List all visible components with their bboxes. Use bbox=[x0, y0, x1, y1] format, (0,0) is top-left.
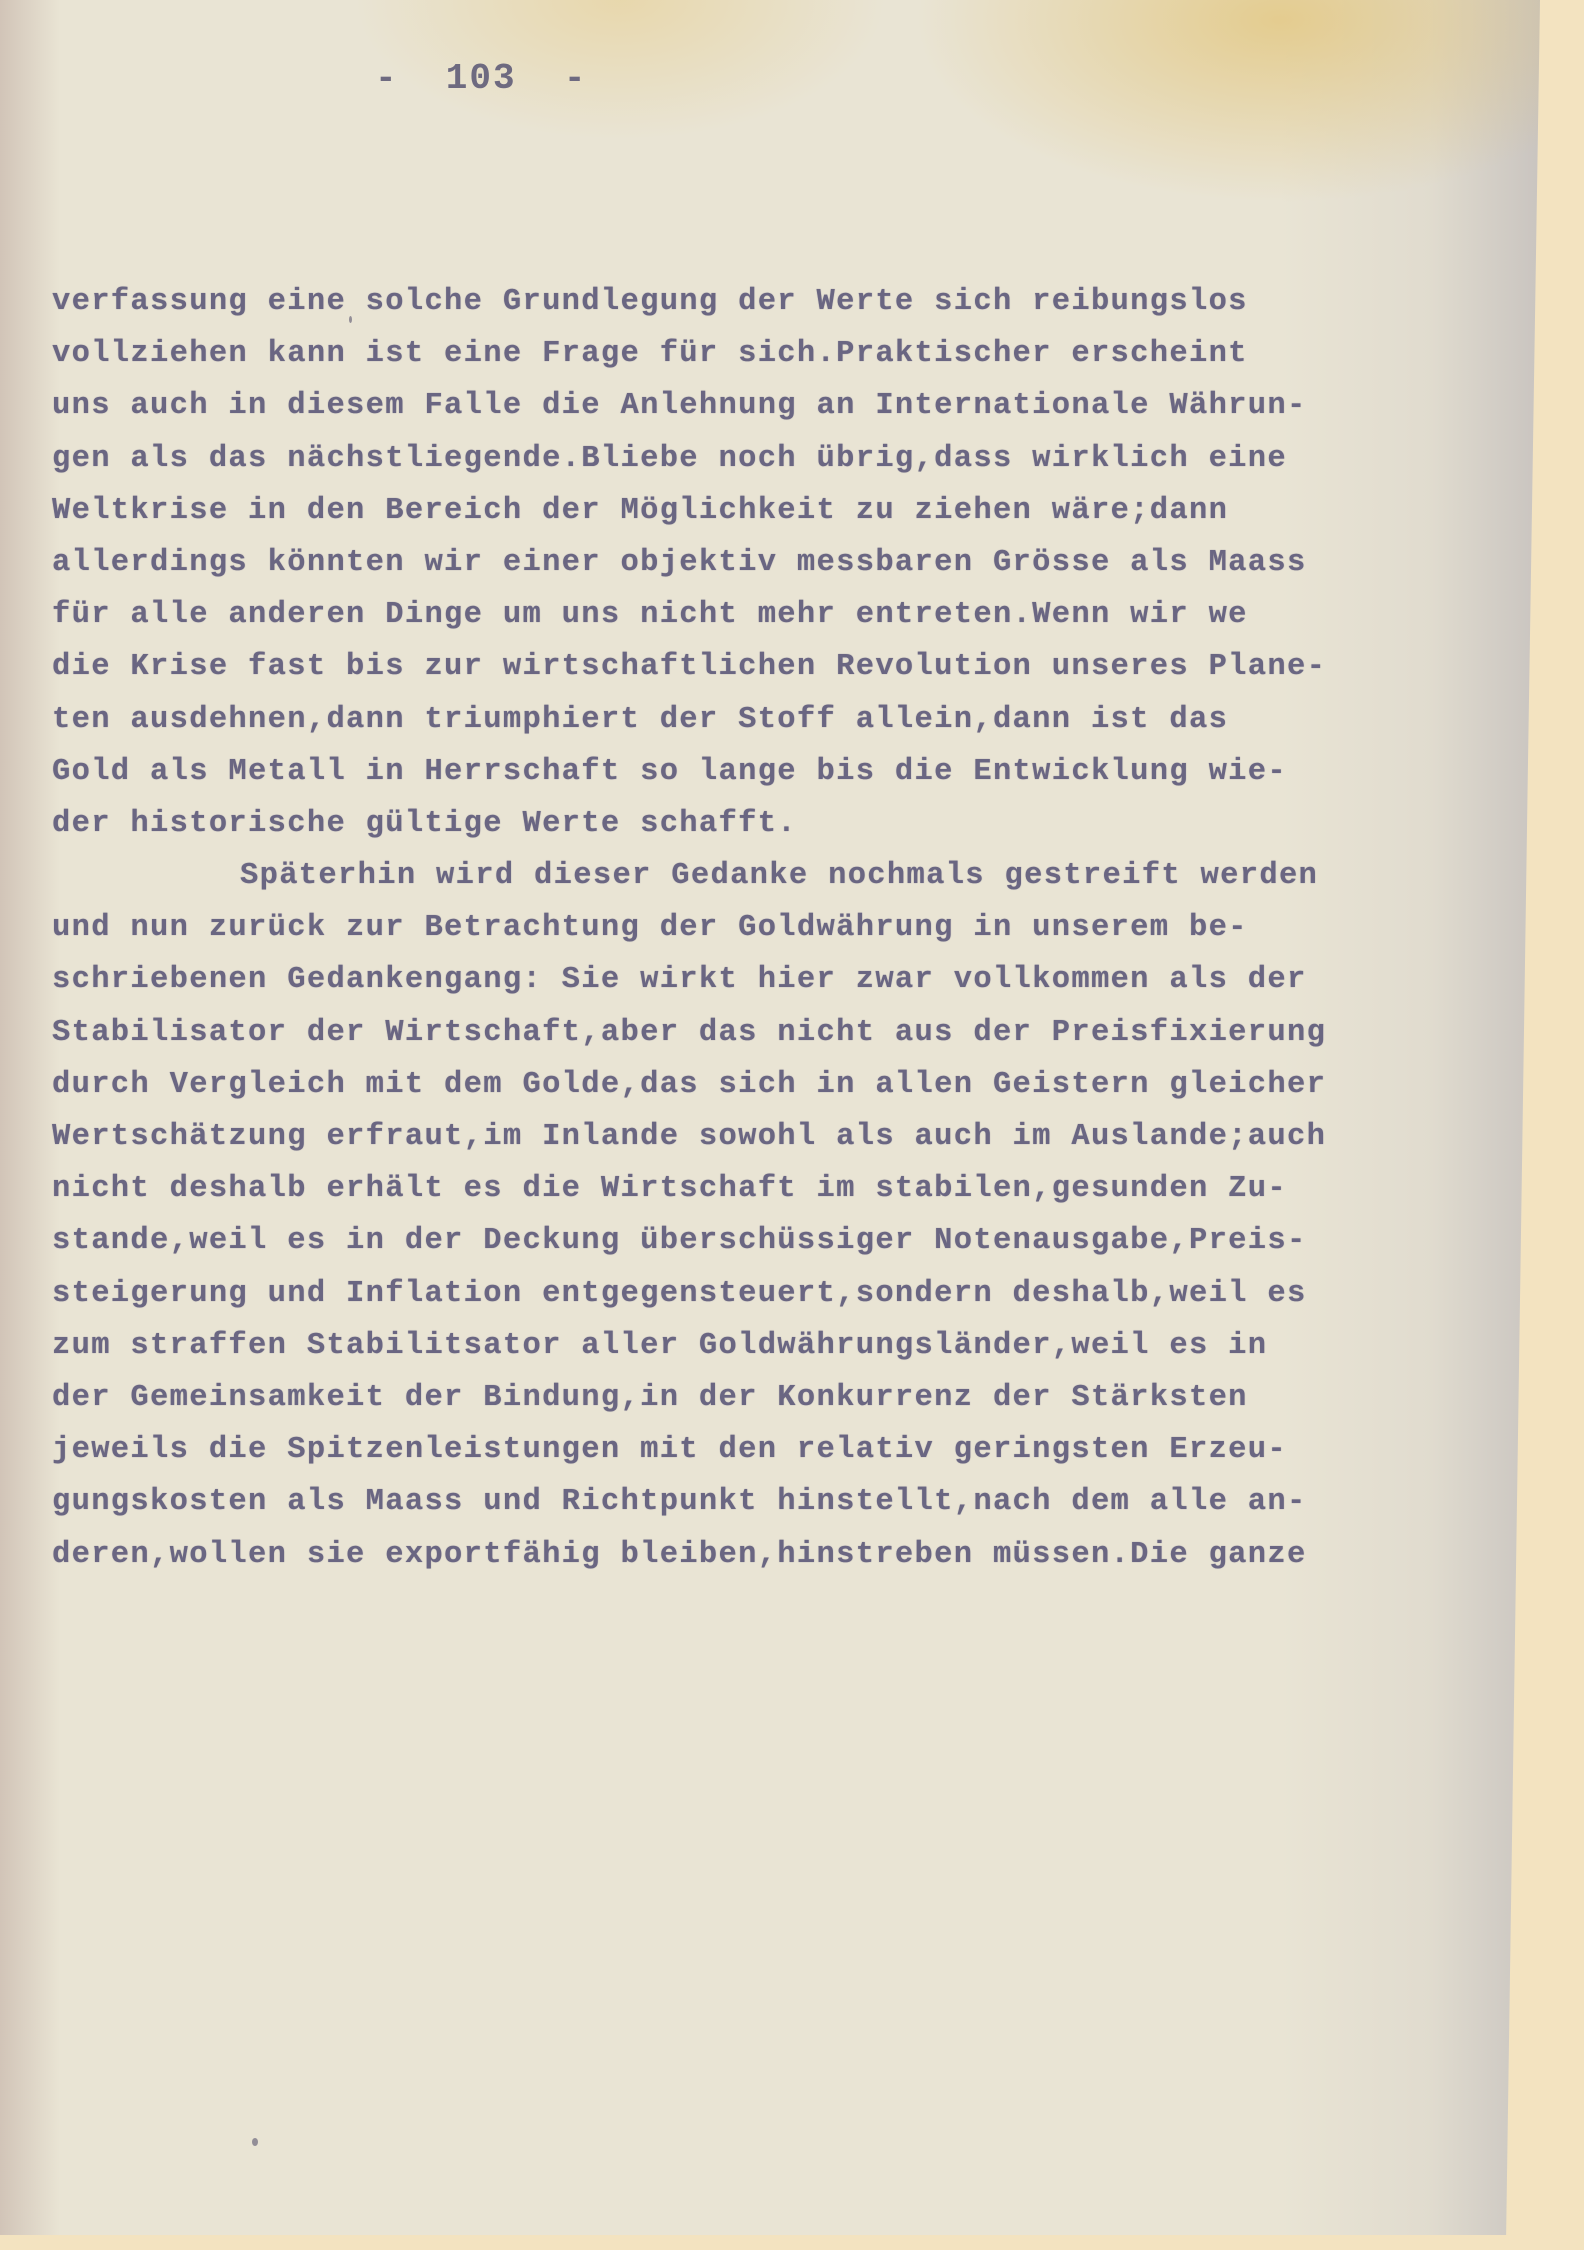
text-line: Wertschätzung erfraut,im Inlande sowohl … bbox=[52, 1111, 1532, 1163]
text-line: steigerung und Inflation entgegensteuert… bbox=[52, 1268, 1532, 1320]
text-line: ten ausdehnen,dann triumphiert der Stoff… bbox=[52, 694, 1532, 746]
text-line: zum straffen Stabilitsator aller Goldwäh… bbox=[52, 1320, 1532, 1372]
text-line: Gold als Metall in Herrschaft so lange b… bbox=[52, 746, 1532, 798]
text-line: gungskosten als Maass und Richtpunkt hin… bbox=[52, 1476, 1532, 1528]
text-line: uns auch in diesem Falle die Anlehnung a… bbox=[52, 380, 1532, 432]
body-text: verfassung eine solche Grundlegung der W… bbox=[52, 276, 1532, 1581]
page-number: - 103 - bbox=[375, 58, 575, 99]
text-line: jeweils die Spitzenleistungen mit den re… bbox=[52, 1424, 1532, 1476]
text-line: deren,wollen sie exportfähig bleiben,hin… bbox=[52, 1529, 1532, 1581]
text-line: vollziehen kann ist eine Frage für sich.… bbox=[52, 328, 1532, 380]
text-line: schriebenen Gedankengang: Sie wirkt hier… bbox=[52, 954, 1532, 1006]
text-line: verfassung eine solche Grundlegung der W… bbox=[52, 276, 1532, 328]
text-line: stande,weil es in der Deckung überschüss… bbox=[52, 1215, 1532, 1267]
text-line: Weltkrise in den Bereich der Möglichkeit… bbox=[52, 485, 1532, 537]
ink-speck bbox=[252, 2138, 258, 2146]
text-line: durch Vergleich mit dem Golde,das sich i… bbox=[52, 1059, 1532, 1111]
paragraph-start-line: Späterhin wird dieser Gedanke nochmals g… bbox=[52, 850, 1532, 902]
text-line: nicht deshalb erhält es die Wirtschaft i… bbox=[52, 1163, 1532, 1215]
text-line: allerdings könnten wir einer objektiv me… bbox=[52, 537, 1532, 589]
text-line: die Krise fast bis zur wirtschaftlichen … bbox=[52, 641, 1532, 693]
text-line: der Gemeinsamkeit der Bindung,in der Kon… bbox=[52, 1372, 1532, 1424]
text-line: der historische gültige Werte schafft. bbox=[52, 798, 1532, 850]
text-line: gen als das nächstliegende.Bliebe noch ü… bbox=[52, 433, 1532, 485]
document-page: - 103 - verfassung eine solche Grundlegu… bbox=[0, 0, 1540, 2235]
ink-speck bbox=[349, 316, 352, 323]
text-line: für alle anderen Dinge um uns nicht mehr… bbox=[52, 589, 1532, 641]
text-line: und nun zurück zur Betrachtung der Goldw… bbox=[52, 902, 1532, 954]
text-line: Stabilisator der Wirtschaft,aber das nic… bbox=[52, 1007, 1532, 1059]
